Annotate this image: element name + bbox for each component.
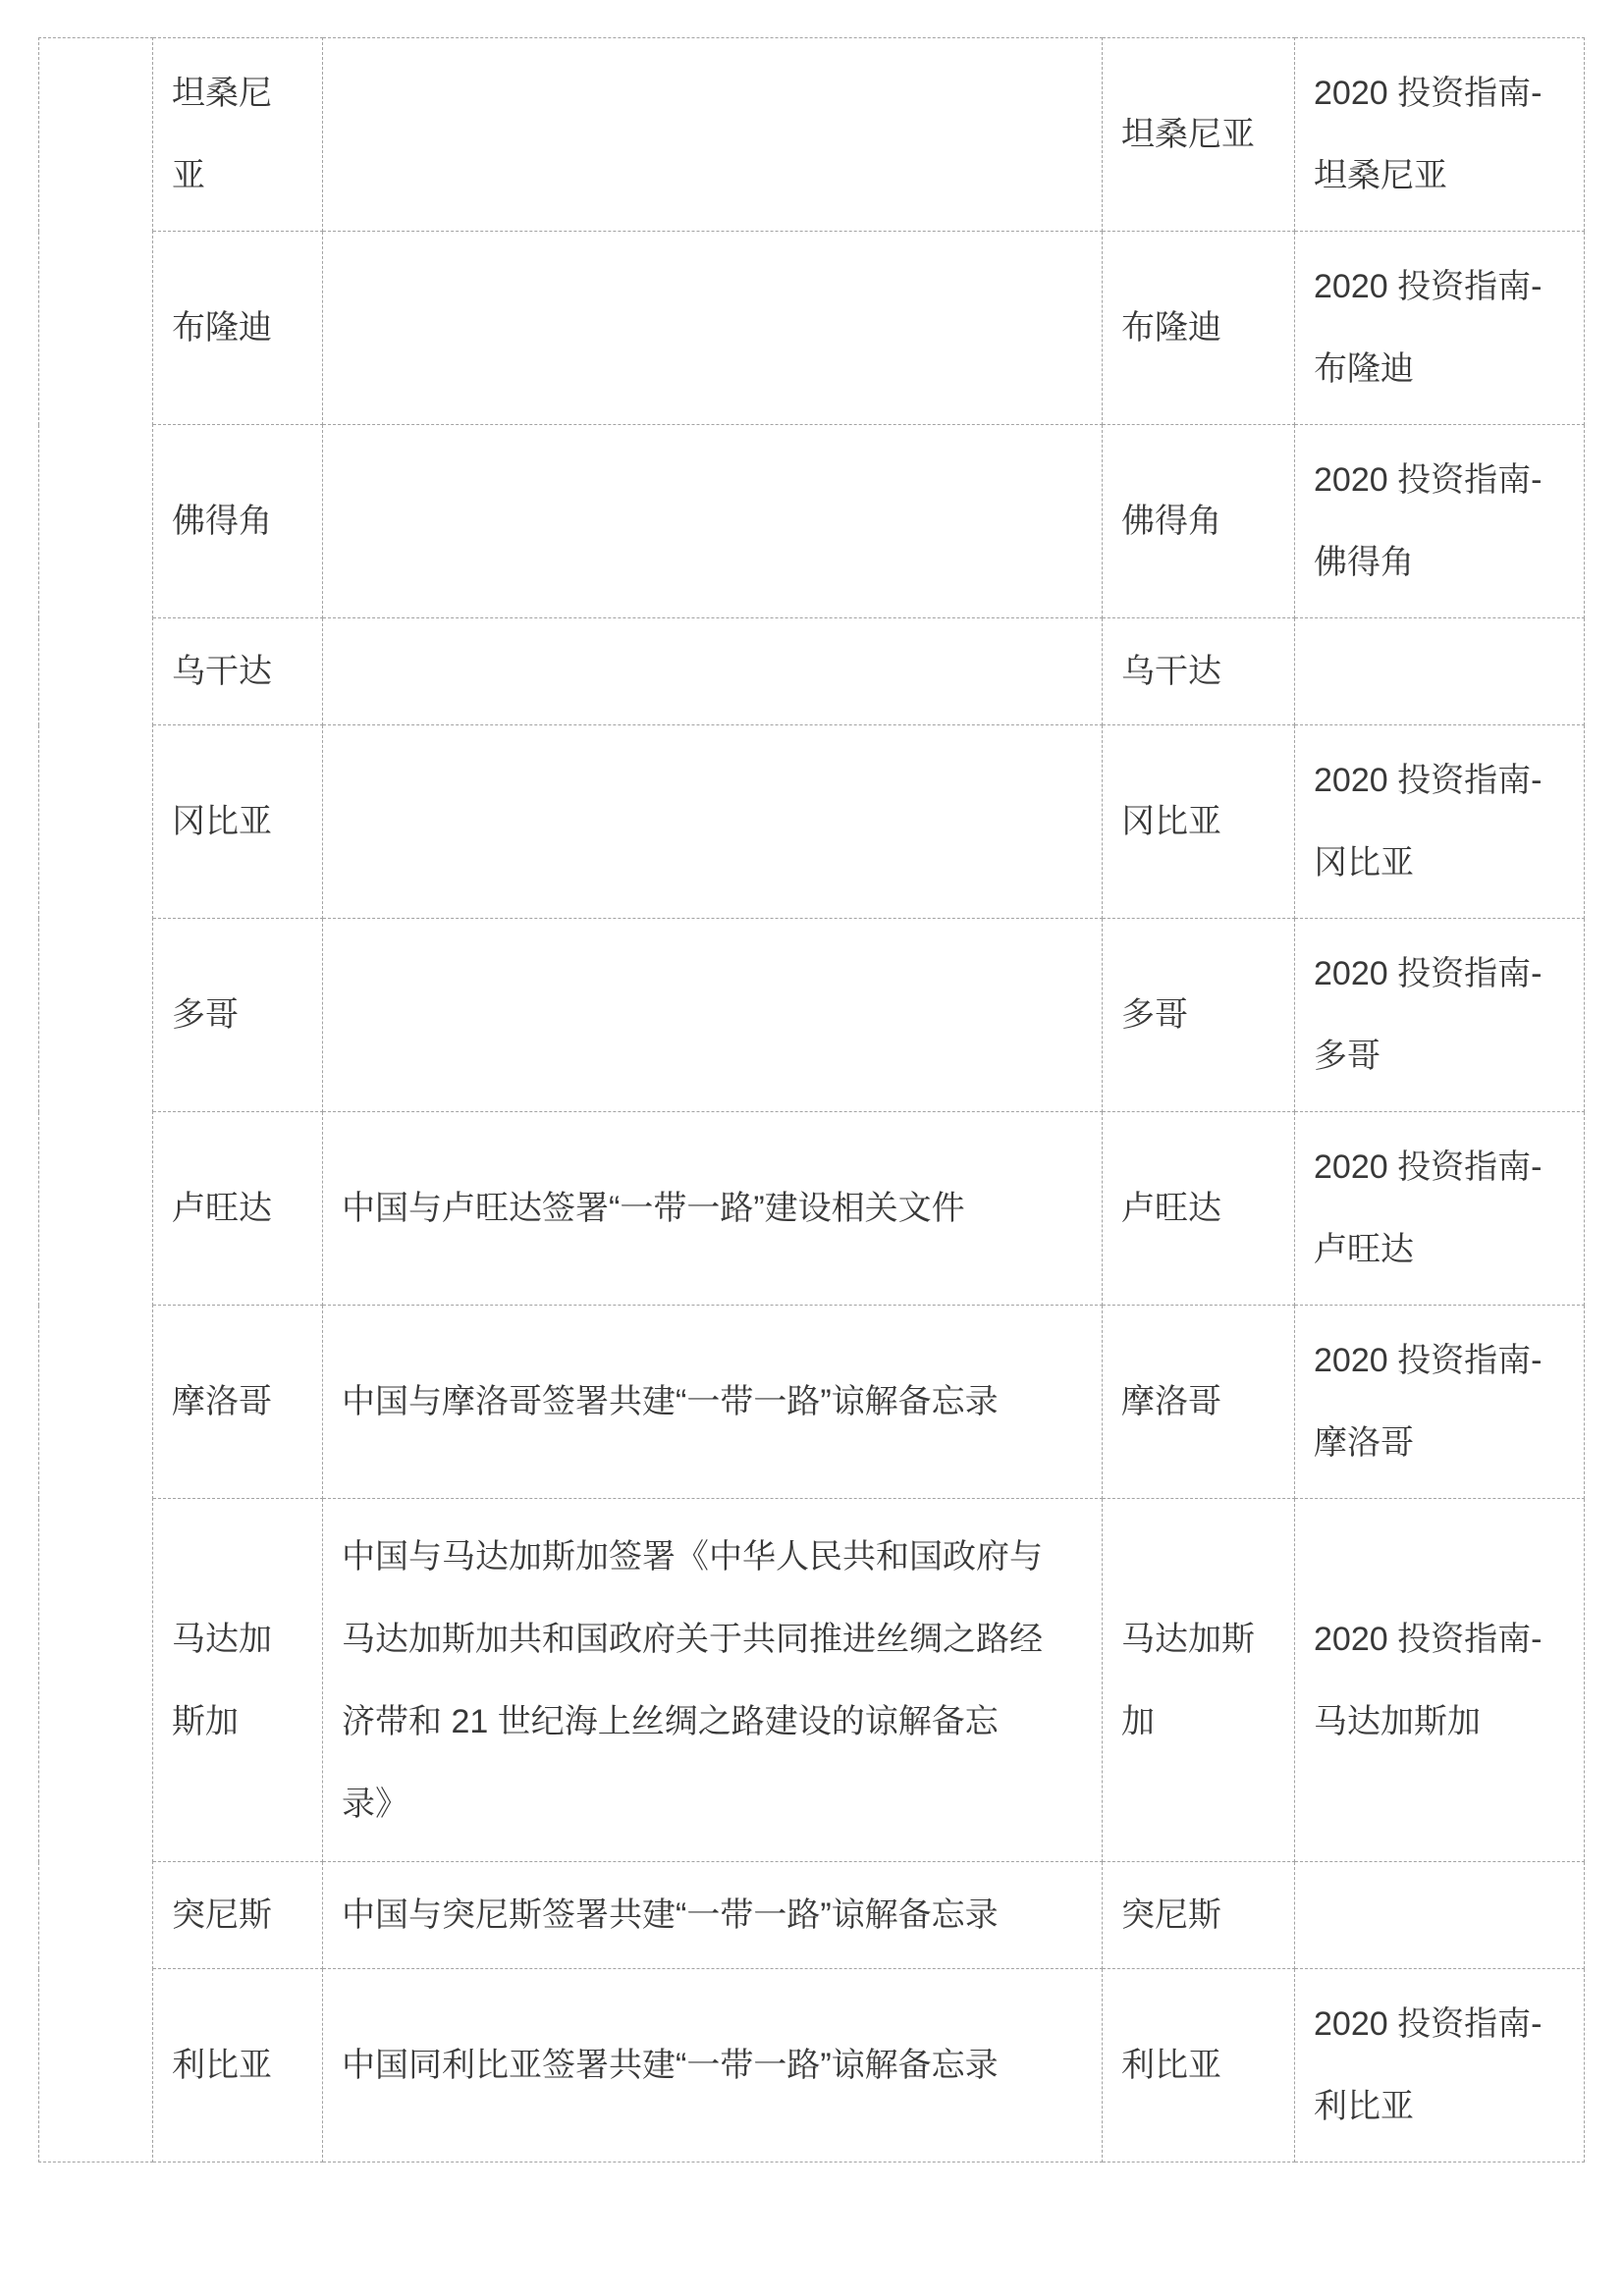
country-cell: 布隆迪 (153, 232, 323, 425)
country-right-cell: 布隆迪 (1103, 232, 1295, 425)
country-right-cell: 冈比亚 (1103, 725, 1295, 919)
guide-cell: 2020 投资指南-布隆迪 (1295, 232, 1585, 425)
agreement-cell (323, 232, 1103, 425)
country-right-cell: 卢旺达 (1103, 1112, 1295, 1306)
country-right-cell: 坦桑尼亚 (1103, 38, 1295, 232)
country-cell: 坦桑尼亚 (153, 38, 323, 232)
guide-cell: 2020 投资指南-马达加斯加 (1295, 1499, 1585, 1862)
guide-cell: 2020 投资指南-坦桑尼亚 (1295, 38, 1585, 232)
table-row: 佛得角 佛得角 2020 投资指南-佛得角 (39, 425, 1585, 618)
country-cell: 突尼斯 (153, 1862, 323, 1969)
agreement-cell (323, 618, 1103, 725)
guide-cell (1295, 1862, 1585, 1969)
table-row: 马达加斯加 中国与马达加斯加签署《中华人民共和国政府与 马达加斯加共和国政府关于… (39, 1499, 1585, 1862)
agreement-cell: 中国与摩洛哥签署共建“一带一路”谅解备忘录 (323, 1306, 1103, 1499)
country-cell: 马达加斯加 (153, 1499, 323, 1862)
guide-cell: 2020 投资指南-冈比亚 (1295, 725, 1585, 919)
country-right-cell: 乌干达 (1103, 618, 1295, 725)
guide-cell: 2020 投资指南-卢旺达 (1295, 1112, 1585, 1306)
agreement-cell: 中国与突尼斯签署共建“一带一路”谅解备忘录 (323, 1862, 1103, 1969)
table-row: 乌干达 乌干达 (39, 618, 1585, 725)
table-row: 摩洛哥 中国与摩洛哥签署共建“一带一路”谅解备忘录 摩洛哥 2020 投资指南-… (39, 1306, 1585, 1499)
country-right-cell: 利比亚 (1103, 1969, 1295, 2163)
belt-road-table: 坦桑尼亚 坦桑尼亚 2020 投资指南-坦桑尼亚 布隆迪 布隆迪 2020 投资… (38, 37, 1585, 2163)
table-row: 突尼斯 中国与突尼斯签署共建“一带一路”谅解备忘录 突尼斯 (39, 1862, 1585, 1969)
country-cell: 摩洛哥 (153, 1306, 323, 1499)
agreement-cell: 中国与卢旺达签署“一带一路”建设相关文件 (323, 1112, 1103, 1306)
table-row: 卢旺达 中国与卢旺达签署“一带一路”建设相关文件 卢旺达 2020 投资指南-卢… (39, 1112, 1585, 1306)
country-cell: 多哥 (153, 919, 323, 1112)
guide-cell: 2020 投资指南-摩洛哥 (1295, 1306, 1585, 1499)
guide-cell: 2020 投资指南-利比亚 (1295, 1969, 1585, 2163)
guide-cell: 2020 投资指南-多哥 (1295, 919, 1585, 1112)
table-row: 坦桑尼亚 坦桑尼亚 2020 投资指南-坦桑尼亚 (39, 38, 1585, 232)
country-cell: 佛得角 (153, 425, 323, 618)
table-row: 冈比亚 冈比亚 2020 投资指南-冈比亚 (39, 725, 1585, 919)
agreement-cell: 中国与马达加斯加签署《中华人民共和国政府与 马达加斯加共和国政府关于共同推进丝绸… (323, 1499, 1103, 1862)
country-right-cell: 马达加斯加 (1103, 1499, 1295, 1862)
country-cell: 利比亚 (153, 1969, 323, 2163)
agreement-cell (323, 38, 1103, 232)
country-cell: 冈比亚 (153, 725, 323, 919)
agreement-cell (323, 919, 1103, 1112)
table-row: 多哥 多哥 2020 投资指南-多哥 (39, 919, 1585, 1112)
table-row: 利比亚 中国同利比亚签署共建“一带一路”谅解备忘录 利比亚 2020 投资指南-… (39, 1969, 1585, 2163)
agreement-cell (323, 425, 1103, 618)
agreement-cell (323, 725, 1103, 919)
guide-cell: 2020 投资指南-佛得角 (1295, 425, 1585, 618)
guide-cell (1295, 618, 1585, 725)
agreement-cell: 中国同利比亚签署共建“一带一路”谅解备忘录 (323, 1969, 1103, 2163)
table-row: 布隆迪 布隆迪 2020 投资指南-布隆迪 (39, 232, 1585, 425)
country-right-cell: 突尼斯 (1103, 1862, 1295, 1969)
country-right-cell: 多哥 (1103, 919, 1295, 1112)
country-cell: 卢旺达 (153, 1112, 323, 1306)
country-right-cell: 摩洛哥 (1103, 1306, 1295, 1499)
country-cell: 乌干达 (153, 618, 323, 725)
document-page: 坦桑尼亚 坦桑尼亚 2020 投资指南-坦桑尼亚 布隆迪 布隆迪 2020 投资… (0, 0, 1624, 2296)
country-right-cell: 佛得角 (1103, 425, 1295, 618)
spacer-column-cell (39, 38, 153, 2163)
